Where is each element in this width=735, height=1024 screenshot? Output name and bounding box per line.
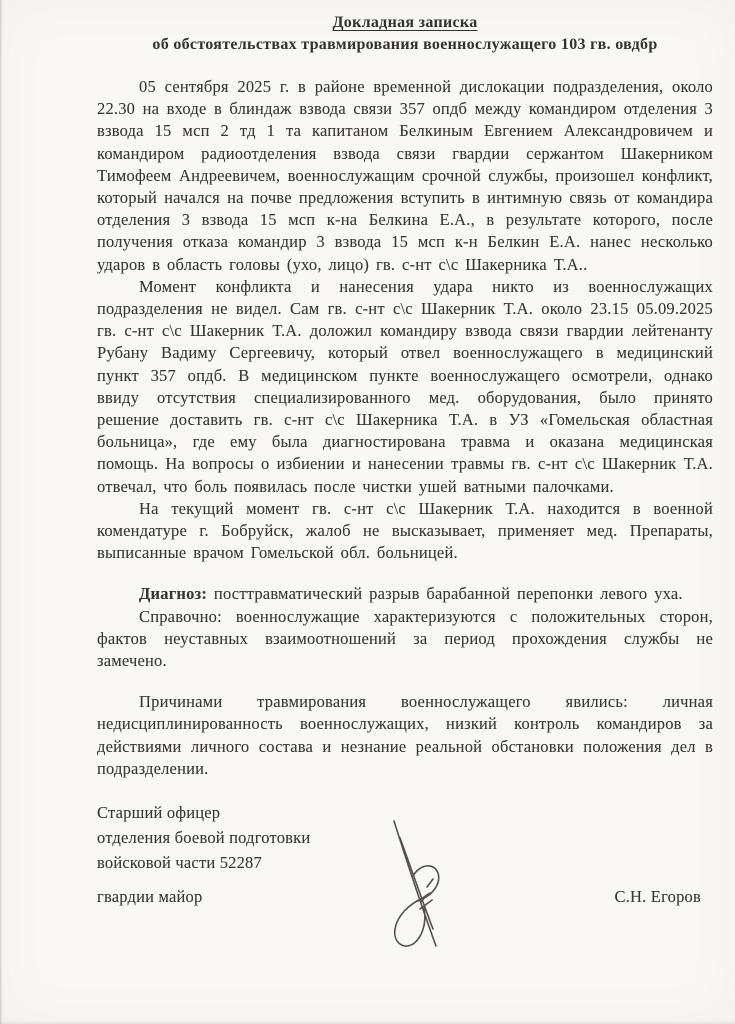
- document-body: Докладная записка об обстоятельствах тра…: [97, 12, 713, 909]
- signer-position-line3: войсковой части 52287: [97, 850, 713, 875]
- diagnosis-text: посттравматический разрыв барабанной пер…: [207, 584, 683, 603]
- paragraph-causes: Причинами травмирования военнослужащего …: [97, 691, 713, 780]
- paragraph-diagnosis: Диагноз: посттравматический разрыв бараб…: [97, 583, 713, 605]
- diagnosis-label: Диагноз:: [139, 584, 207, 603]
- paragraph-reference: Справочно: военнослужащие характеризуютс…: [97, 606, 713, 673]
- signer-position-line2: отделения боевой подготовки: [97, 825, 713, 850]
- document-title: Докладная записка об обстоятельствах тра…: [97, 12, 713, 56]
- signature-block: Старший офицер отделения боевой подготов…: [97, 800, 713, 909]
- paragraph-current-status: На текущий момент гв. с-нт с\с Шакерник …: [97, 498, 713, 565]
- scanned-document-page: Докладная записка об обстоятельствах тра…: [0, 0, 735, 1024]
- signer-position-line1: Старший офицер: [97, 800, 713, 825]
- signer-position: Старший офицер отделения боевой подготов…: [97, 800, 713, 875]
- document-title-line1: Докладная записка: [97, 12, 713, 34]
- signer-rank-name-row: гвардии майор С.Н. Егоров: [97, 884, 713, 909]
- document-title-line2: об обстоятельствах травмирования военнос…: [97, 34, 713, 56]
- signer-name: С.Н. Егоров: [615, 884, 713, 909]
- document-text: 05 сентября 2025 г. в районе временной д…: [97, 76, 713, 780]
- paragraph-report: Момент конфликта и нанесения удара никто…: [97, 276, 713, 498]
- paragraph-incident: 05 сентября 2025 г. в районе временной д…: [97, 76, 713, 276]
- signer-rank: гвардии майор: [97, 884, 202, 909]
